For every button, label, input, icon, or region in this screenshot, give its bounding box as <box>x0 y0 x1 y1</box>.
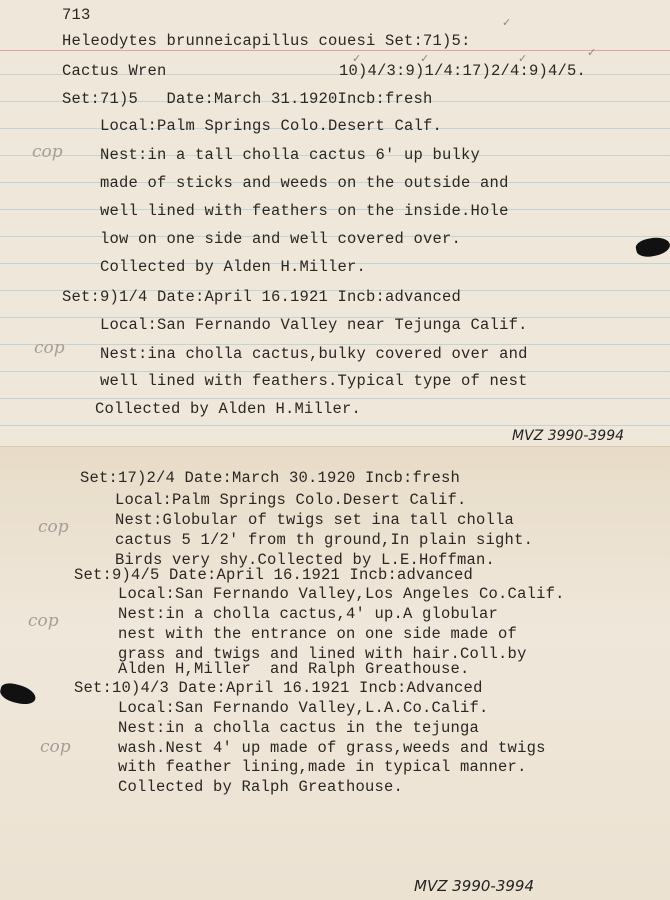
record-line: wash.Nest 4' up made of grass,weeds and … <box>118 739 546 757</box>
check-mark-icon: ✓ <box>587 46 596 59</box>
record-line: nest with the entrance on one side made … <box>118 625 517 643</box>
record-line: Local:San Fernando Valley near Tejunga C… <box>100 316 528 334</box>
record-header: Set:9)4/5 Date:April 16.1921 Incb:advanc… <box>74 566 473 584</box>
record-line: Local:San Fernando Valley,Los Angeles Co… <box>118 585 565 603</box>
record-line: Nest:in a cholla cactus in the tejunga <box>118 719 479 737</box>
record-header: Set:17)2/4 Date:March 30.1920 Incb:fresh <box>80 469 460 487</box>
margin-note: cop <box>34 338 65 358</box>
top-index-card: 713 Heleodytes brunneicapillus couesi Se… <box>0 0 670 446</box>
record-line: Nest:ina cholla cactus,bulky covered ove… <box>100 345 528 363</box>
margin-note: cop <box>38 517 69 537</box>
check-mark-icon: ✓ <box>502 16 511 29</box>
catalog-number: 713 <box>62 6 91 24</box>
check-mark-icon: ✓ <box>420 52 429 65</box>
record-header: Set:10)4/3 Date:April 16.1921 Incb:Advan… <box>74 679 483 697</box>
record-line: well lined with feathers.Typical type of… <box>100 372 528 390</box>
check-mark-icon: ✓ <box>352 52 361 65</box>
record-line: well lined with feathers on the inside.H… <box>100 202 509 220</box>
record-line: Nest:Globular of twigs set ina tall chol… <box>115 511 514 529</box>
record-line: cactus 5 1/2' from th ground,In plain si… <box>115 531 533 549</box>
record-header: Set:9)1/4 Date:April 16.1921 Incb:advanc… <box>62 288 461 306</box>
margin-note: cop <box>28 611 59 631</box>
record-line: Nest:in a tall cholla cactus 6' up bulky <box>100 146 480 164</box>
handwritten-catalog-number: MVZ 3990-3994 <box>414 877 534 895</box>
record-line: Nest:in a cholla cactus,4' up.A globular <box>118 605 498 623</box>
record-line: Local:Palm Springs Colo.Desert Calf. <box>100 117 442 135</box>
species-line: Heleodytes brunneicapillus couesi Set:71… <box>62 32 471 50</box>
record-line: with feather lining,made in typical mann… <box>118 758 527 776</box>
record-line: Alden H,Miller and Ralph Greathouse. <box>118 660 470 678</box>
record-line: Local:San Fernando Valley,L.A.Co.Calif. <box>118 699 489 717</box>
margin-note: cop <box>32 142 63 162</box>
common-name: Cactus Wren <box>62 62 167 80</box>
record-line: low on one side and well covered over. <box>100 230 461 248</box>
punch-hole-mark <box>0 681 38 707</box>
record-line: Collected by Alden H.Miller. <box>95 400 361 418</box>
bottom-index-card: Set:17)2/4 Date:March 30.1920 Incb:fresh… <box>0 446 670 900</box>
sets-summary: 10)4/3:9)1/4:17)2/4:9)4/5. <box>339 62 586 80</box>
check-mark-icon: ✓ <box>518 52 527 65</box>
handwritten-catalog-number: MVZ 3990-3994 <box>512 428 624 444</box>
record-line: Local:Palm Springs Colo.Desert Calif. <box>115 491 467 509</box>
punch-hole-mark <box>635 235 670 260</box>
margin-note: cop <box>40 737 71 757</box>
record-line: Collected by Alden H.Miller. <box>100 258 366 276</box>
record-line: Collected by Ralph Greathouse. <box>118 778 403 796</box>
record-line: made of sticks and weeds on the outside … <box>100 174 509 192</box>
record-header: Set:71)5 Date:March 31.1920Incb:fresh <box>62 90 433 108</box>
